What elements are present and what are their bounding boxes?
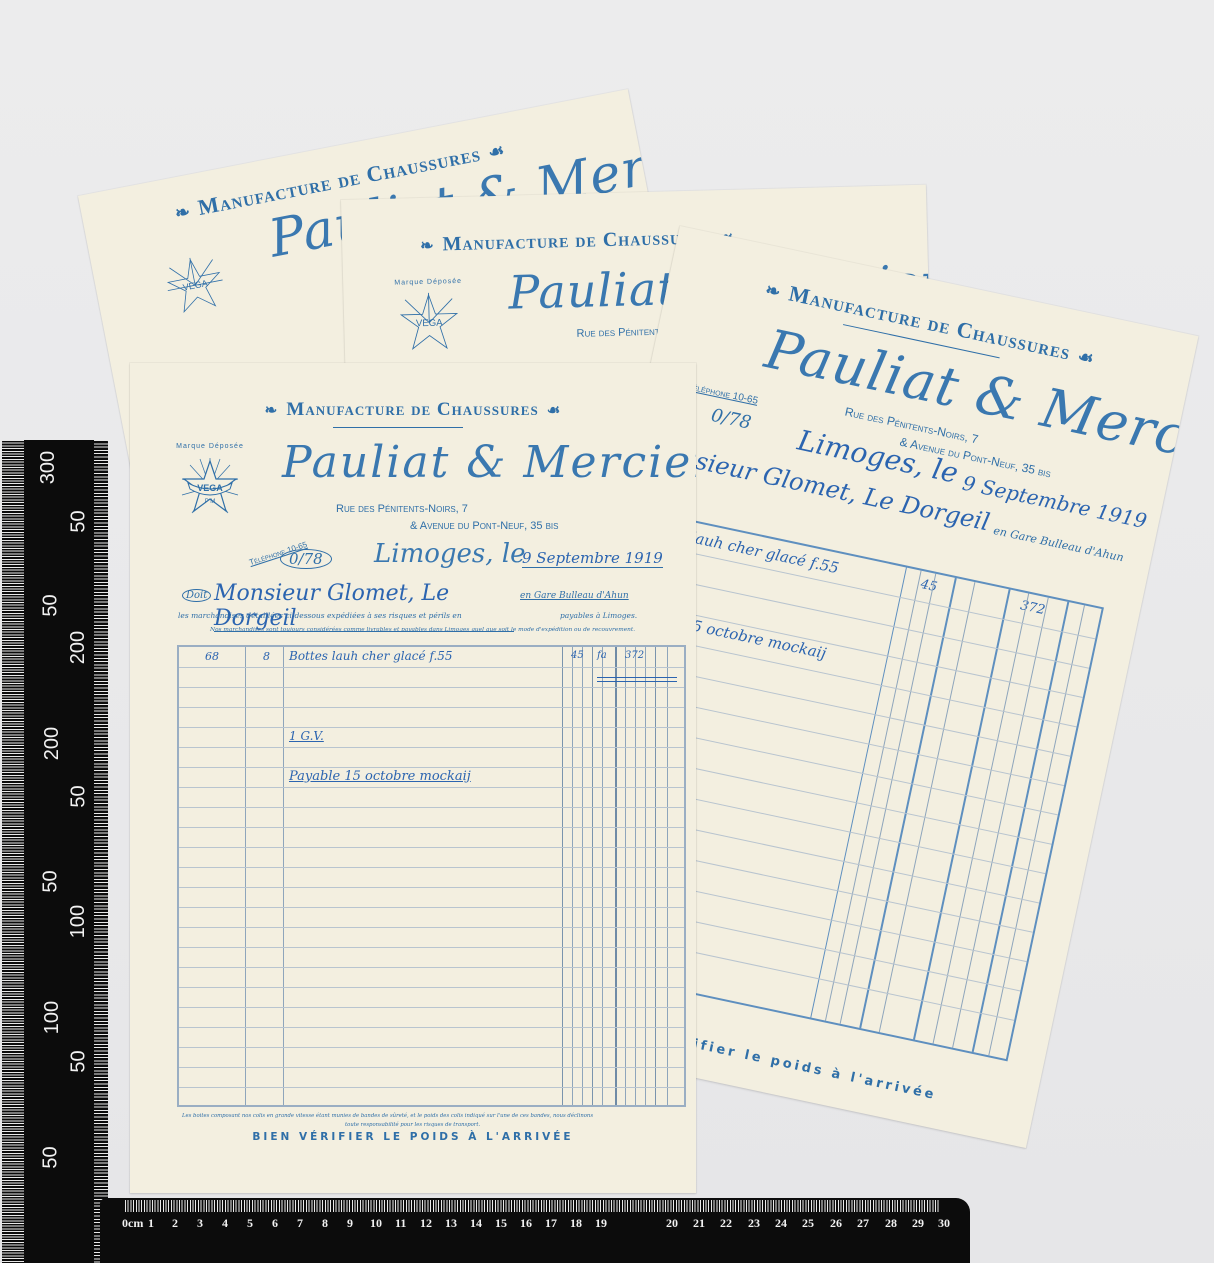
ornament-icon: ❧ <box>763 279 783 303</box>
col-divider <box>283 647 284 1105</box>
terms-line-left: les marchandises détaillées ci-dessous e… <box>178 611 462 620</box>
addressee: Monsieur Glomet, Le Dorgeil <box>214 581 514 632</box>
line-item-ref: 68 <box>205 650 219 663</box>
ruler-ticks-left <box>2 440 24 1263</box>
ledger-table: 68 8 Bottes lauh cher glacé f.55 45 fa 3… <box>177 645 686 1107</box>
reference-number: 0/78 <box>280 549 332 569</box>
ruler-label: 50 <box>68 510 91 532</box>
line-item-description: Bottes lauh cher glacé f.55 <box>289 649 453 663</box>
ruler-label: 50 <box>40 1146 63 1168</box>
ruler-unit-label: 0cm <box>122 1216 143 1231</box>
ruler-label: 100 <box>67 905 90 938</box>
place-date-prefix: Limoges, le <box>374 539 526 569</box>
ruler-label: 50 <box>68 1050 91 1072</box>
ornament-icon: ☙ <box>1076 346 1097 370</box>
terms-line-right: payables à Limoges. <box>560 611 637 620</box>
company-script-name: Pauliat & Mercier <box>282 437 696 488</box>
station: en Gare Bulleau d'Ahun <box>520 591 629 601</box>
telephone-label: Téléphone 10-65 <box>686 381 759 407</box>
footer-fine-print-2: toute responsabilité pour les risques de… <box>345 1122 480 1128</box>
svg-text:VEGA: VEGA <box>197 483 223 493</box>
ornament-icon: ☙ <box>487 140 507 164</box>
address-line-1: Rue des Pénitents-Noirs, 7 <box>336 503 468 515</box>
svg-text:VEGA: VEGA <box>416 318 444 330</box>
ruler-label: 300 <box>37 451 60 484</box>
ruler-label: 50 <box>40 594 63 616</box>
note-payment-terms: Payable 15 octobre mockaij <box>289 769 471 784</box>
col-divider <box>562 647 563 1105</box>
total-underline <box>597 677 677 682</box>
station: en Gare Bulleau d'Ahun <box>992 524 1125 564</box>
ruler-label: 200 <box>67 631 90 664</box>
col-divider <box>245 647 246 1105</box>
svg-text:VEGA: VEGA <box>182 278 208 293</box>
line-item-qty: 8 <box>263 650 270 663</box>
line-item-total: 372 <box>625 650 644 661</box>
ruler-label: 100 <box>41 1001 64 1034</box>
doit-label: Doit <box>182 589 211 602</box>
line-item-unit: fa <box>597 650 607 661</box>
vega-star-logo: Marque Déposée VEGA P M <box>180 457 240 517</box>
ruler-label: 200 <box>41 727 64 760</box>
note-shipping: 1 G.V. <box>289 729 324 743</box>
sheet-heading: ❧Manufacture de Chaussures☙ <box>130 399 696 421</box>
footer-fine-print-1: Les boites composant nos colis en grande… <box>182 1113 593 1119</box>
vega-star-logo: VEGA <box>162 252 228 318</box>
vertical-ruler: 300 200 100 50 50 50 200 50 50 100 50 <box>2 440 108 1263</box>
ornament-icon: ❧ <box>420 236 435 256</box>
svg-text:P M: P M <box>205 499 216 505</box>
ornament-icon: ❧ <box>173 201 192 225</box>
ruler-ticks-right <box>94 440 108 1263</box>
ruler-ticks-top <box>125 1200 940 1212</box>
ornament-left-icon: ❧ <box>265 401 279 420</box>
footer-notice: Bien vérifier le poids à l'arrivée <box>130 1131 696 1143</box>
vega-star-logo: Marque Déposée VEGA <box>398 292 460 354</box>
line-item-unit-price: 45 <box>571 650 584 661</box>
terms-line-2: Nos marchandises sont toujours considéré… <box>210 627 635 633</box>
star-icon: VEGA <box>162 252 228 318</box>
reference-number: 0/78 <box>709 405 753 434</box>
star-icon: VEGA <box>398 292 460 354</box>
invoice-sheet-front: ❧Manufacture de Chaussures☙ Marque Dépos… <box>130 363 696 1193</box>
invoice-date: 9 Septembre 1919 <box>522 549 663 568</box>
line-item-unit-price: 45 <box>919 577 938 595</box>
ruler-label: 50 <box>68 785 91 807</box>
trademark-label: Marque Déposée <box>392 278 464 287</box>
sheet-heading: ❧Manufacture de Chaussures☙ <box>412 221 927 257</box>
trademark-label: Marque Déposée <box>174 443 246 450</box>
heading-underline <box>333 427 463 428</box>
horizontal-ruler: 0cm 1 2 3 4 5 6 7 8 9 10 11 12 13 14 15 … <box>100 1198 970 1263</box>
photo-scene: ❧Manufacture de Chaussures☙ Pauliat & Me… <box>0 0 1214 1263</box>
ruler-label: 50 <box>40 870 63 892</box>
ornament-right-icon: ☙ <box>547 401 562 420</box>
star-icon: VEGA P M <box>180 457 240 517</box>
address-line-2: & Avenue du Pont-Neuf, 35 bis <box>410 520 558 532</box>
